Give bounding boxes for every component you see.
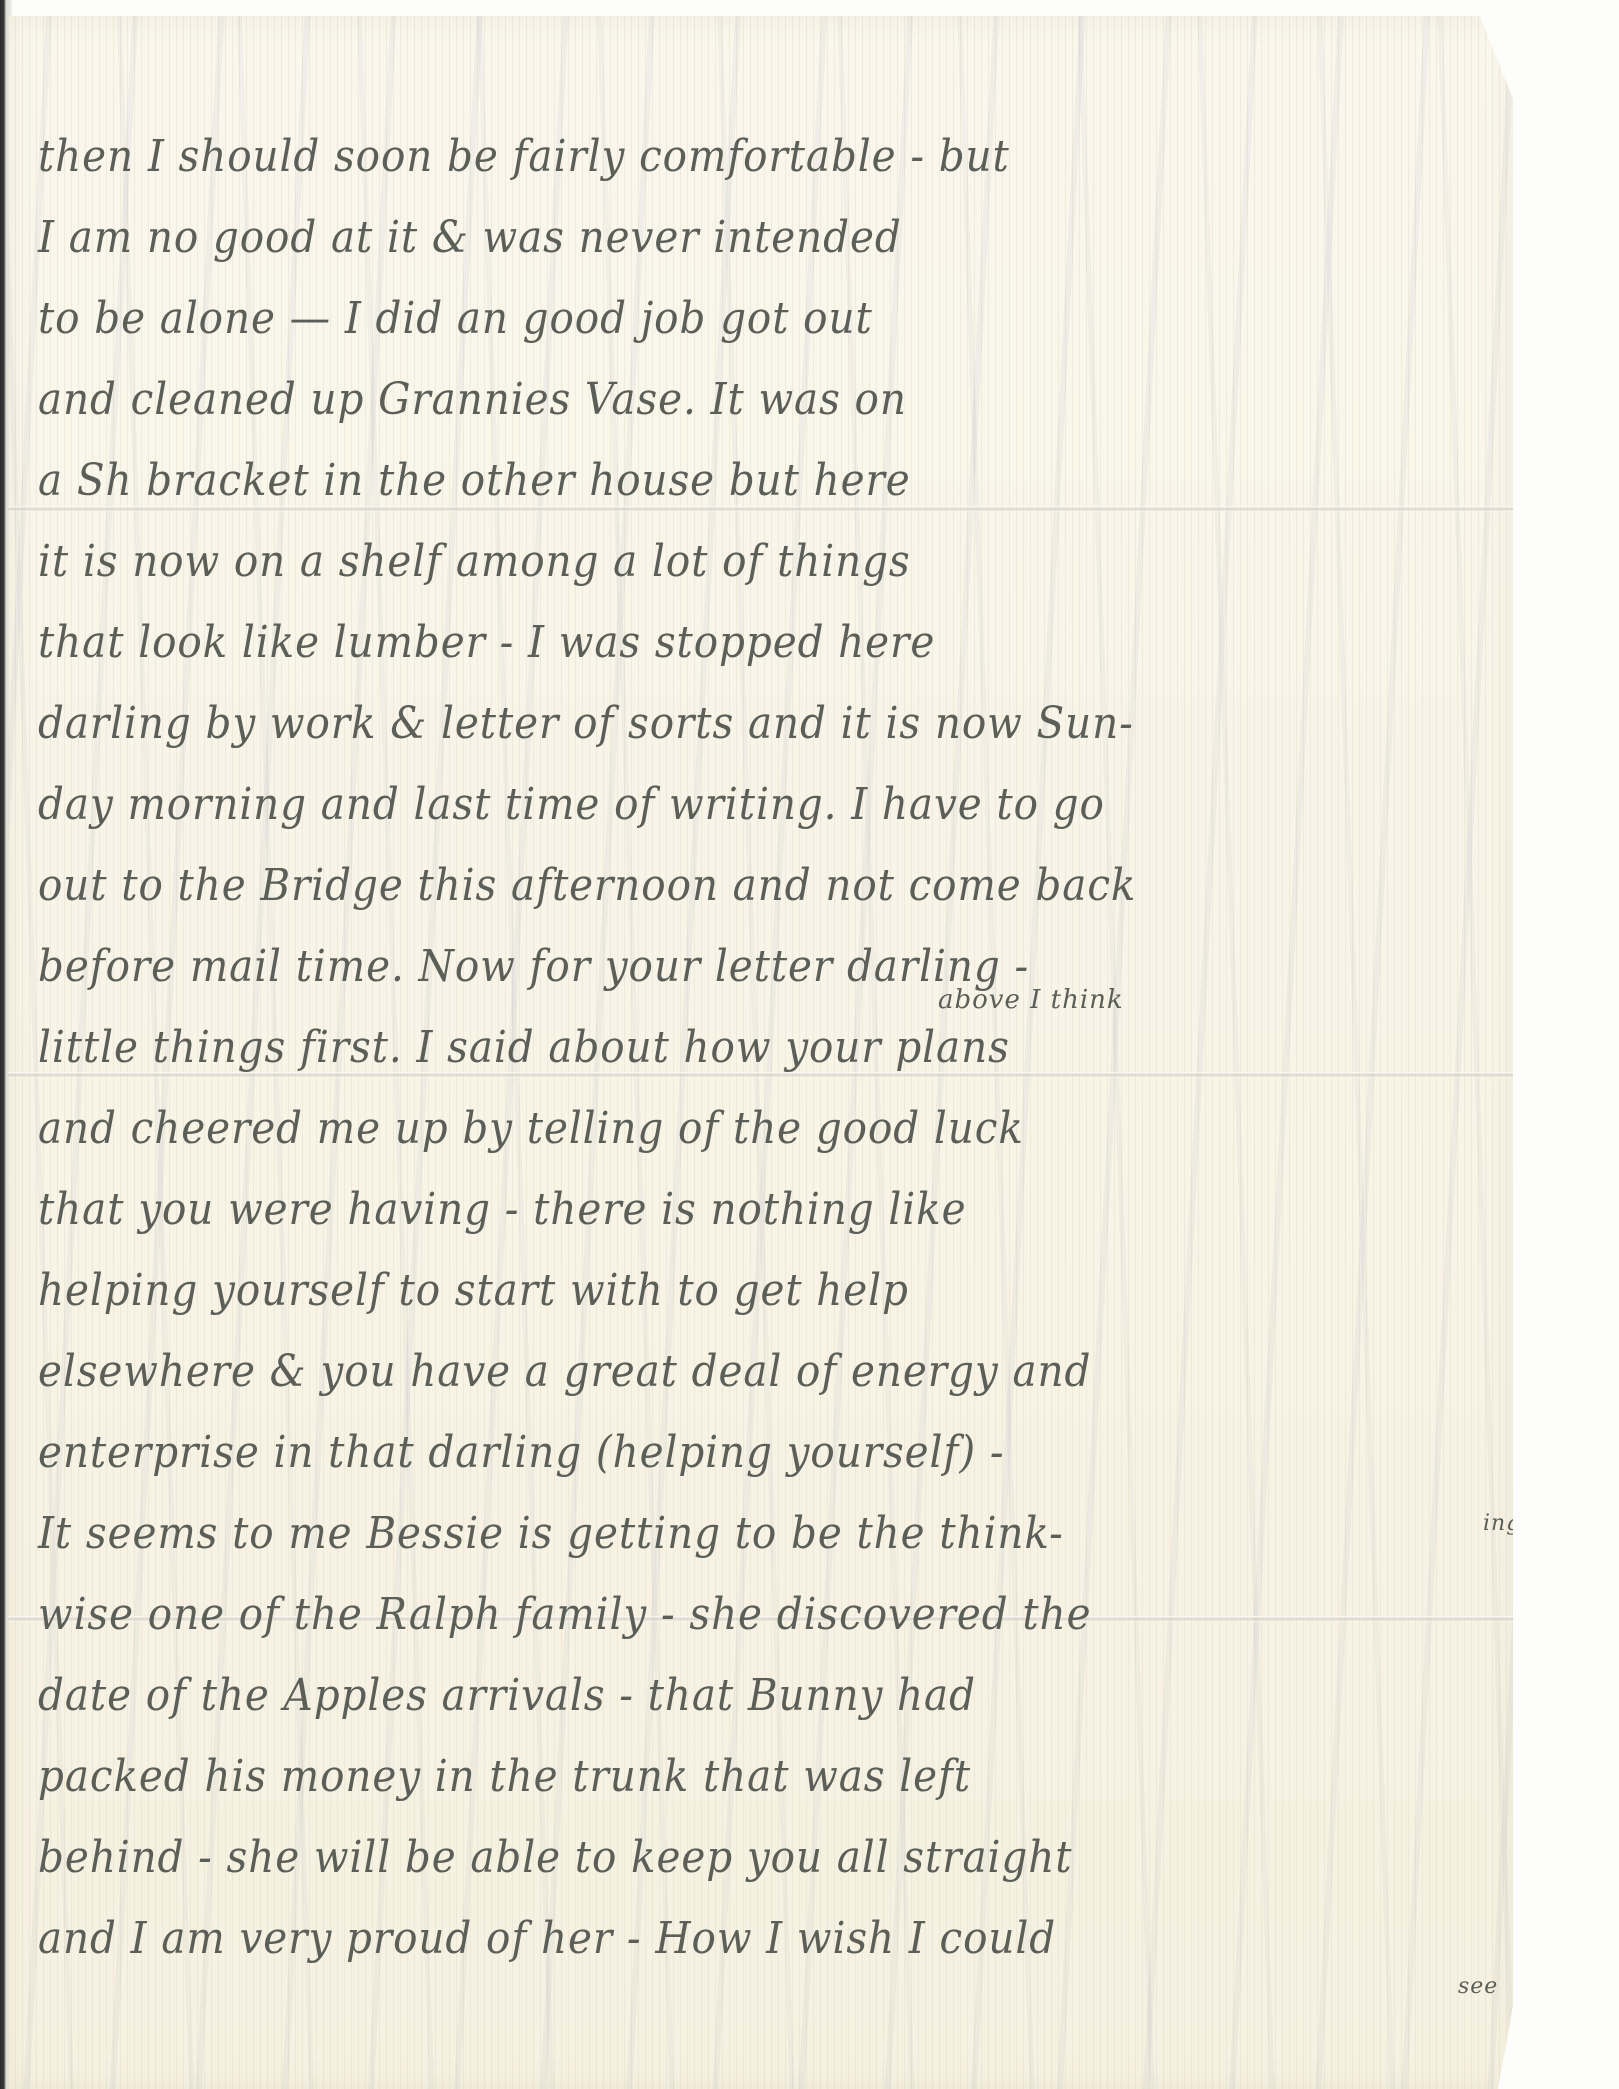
text-line: then I should soon be fairly comfortable… [38, 116, 1508, 197]
text-line: before mail time. Now for your letter da… [38, 926, 1508, 1007]
text-line: date of the Apples arrivals - that Bunny… [38, 1655, 1508, 1736]
text-line: behind - she will be able to keep you al… [38, 1817, 1508, 1898]
text-line: I am no good at it & was never intended [38, 197, 1508, 278]
text-line: wise one of the Ralph family - she disco… [38, 1574, 1508, 1655]
text-line: that you were having - there is nothing … [38, 1169, 1508, 1250]
text-line: and cheered me up by telling of the good… [38, 1088, 1508, 1169]
margin-continuation: ing [1483, 1483, 1521, 1564]
text-line: to be alone — I did an good job got out [38, 278, 1508, 359]
text-line: It seems to me Bessie is getting to be t… [38, 1493, 1508, 1574]
text-line: darling by work & letter of sorts and it… [38, 683, 1508, 764]
handwritten-text: then I should soon be fairly comfortable… [38, 116, 1508, 1979]
text-line: a Sh bracket in the other house but here [38, 440, 1508, 521]
text-line: and I am very proud of her - How I wish … [38, 1898, 1508, 1979]
text-line: packed his money in the trunk that was l… [38, 1736, 1508, 1817]
text-line: day morning and last time of writing. I … [38, 764, 1508, 845]
margin-overflow: see [1458, 1946, 1498, 2027]
text-line: and cleaned up Grannies Vase. It was on [38, 359, 1508, 440]
text-line: enterprise in that darling (helping your… [38, 1412, 1508, 1493]
scanned-page: then I should soon be fairly comfortable… [0, 0, 1619, 2089]
text-line: elsewhere & you have a great deal of ene… [38, 1331, 1508, 1412]
letter-paper: then I should soon be fairly comfortable… [8, 16, 1513, 2089]
text-line: it is now on a shelf among a lot of thin… [38, 521, 1508, 602]
text-line: out to the Bridge this afternoon and not… [38, 845, 1508, 926]
text-line: little things first. I said about how yo… [38, 1007, 1508, 1088]
text-line: helping yourself to start with to get he… [38, 1250, 1508, 1331]
text-line: that look like lumber - I was stopped he… [38, 602, 1508, 683]
